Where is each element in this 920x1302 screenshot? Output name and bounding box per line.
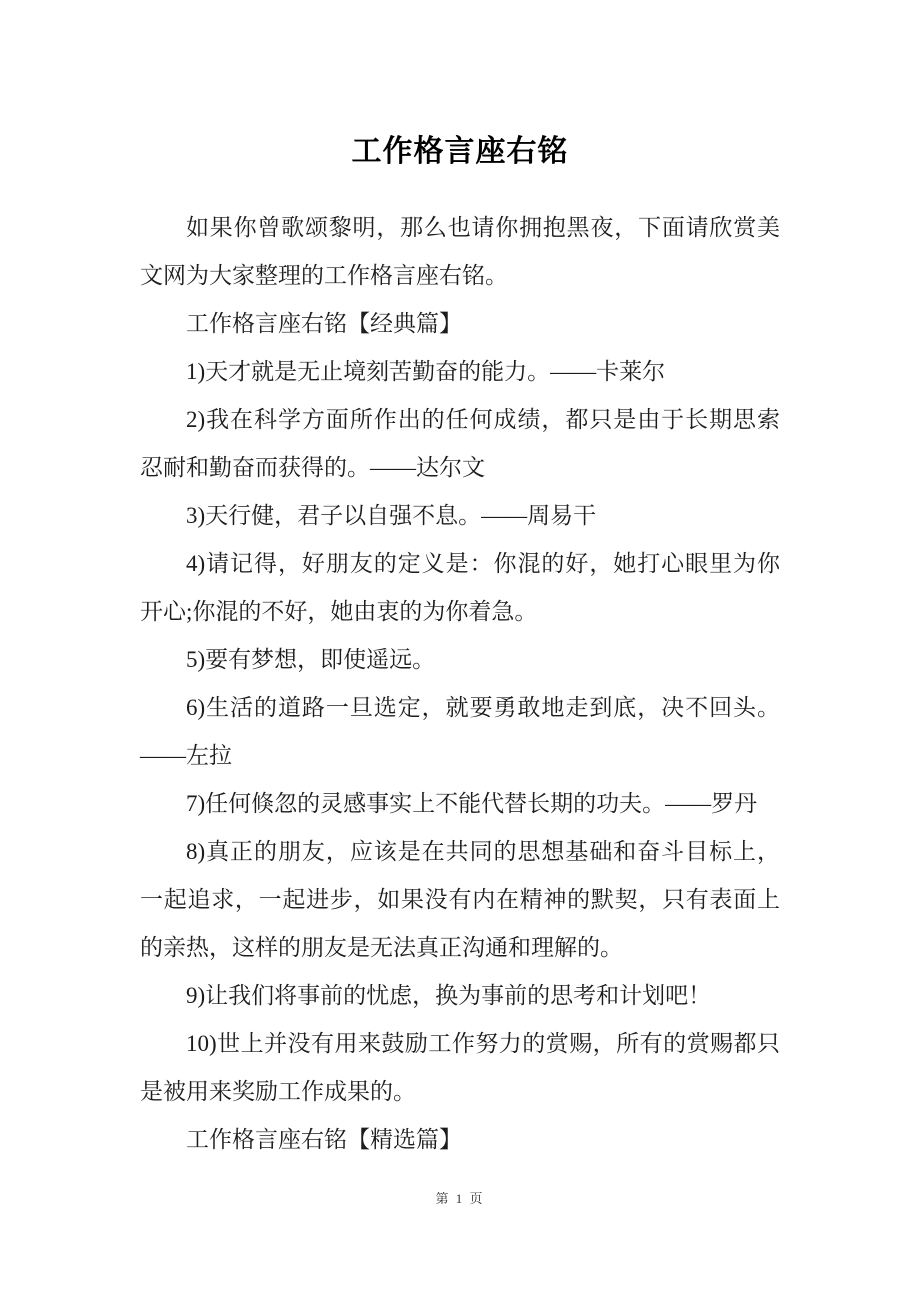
paragraph: 1)天才就是无止境刻苦勤奋的能力。——卡莱尔 bbox=[140, 348, 780, 396]
paragraph: 如果你曾歌颂黎明，那么也请你拥抱黑夜，下面请欣赏美文网为大家整理的工作格言座右铭… bbox=[140, 204, 780, 300]
document-page: 工作格言座右铭 如果你曾歌颂黎明，那么也请你拥抱黑夜，下面请欣赏美文网为大家整理… bbox=[0, 0, 920, 1302]
paragraph: 2)我在科学方面所作出的任何成绩，都只是由于长期思索忍耐和勤奋而获得的。——达尔… bbox=[140, 396, 780, 492]
paragraph: 6)生活的道路一旦选定，就要勇敢地走到底，决不回头。——左拉 bbox=[140, 684, 780, 780]
paragraph: 5)要有梦想，即使遥远。 bbox=[140, 636, 780, 684]
paragraph: 3)天行健，君子以自强不息。——周易干 bbox=[140, 492, 780, 540]
document-body: 如果你曾歌颂黎明，那么也请你拥抱黑夜，下面请欣赏美文网为大家整理的工作格言座右铭… bbox=[140, 204, 780, 1164]
paragraph: 4)请记得，好朋友的定义是：你混的好，她打心眼里为你开心;你混的不好，她由衷的为… bbox=[140, 540, 780, 636]
page-title: 工作格言座右铭 bbox=[0, 0, 920, 174]
paragraph: 工作格言座右铭【经典篇】 bbox=[140, 300, 780, 348]
paragraph: 8)真正的朋友，应该是在共同的思想基础和奋斗目标上，一起追求，一起进步，如果没有… bbox=[140, 828, 780, 972]
paragraph: 10)世上并没有用来鼓励工作努力的赏赐，所有的赏赐都只是被用来奖励工作成果的。 bbox=[140, 1020, 780, 1116]
paragraph: 7)任何倏忽的灵感事实上不能代替长期的功夫。——罗丹 bbox=[140, 780, 780, 828]
paragraph: 工作格言座右铭【精选篇】 bbox=[140, 1116, 780, 1164]
page-number: 第 1 页 bbox=[0, 1188, 920, 1207]
paragraph: 9)让我们将事前的忧虑，换为事前的思考和计划吧！ bbox=[140, 972, 780, 1020]
